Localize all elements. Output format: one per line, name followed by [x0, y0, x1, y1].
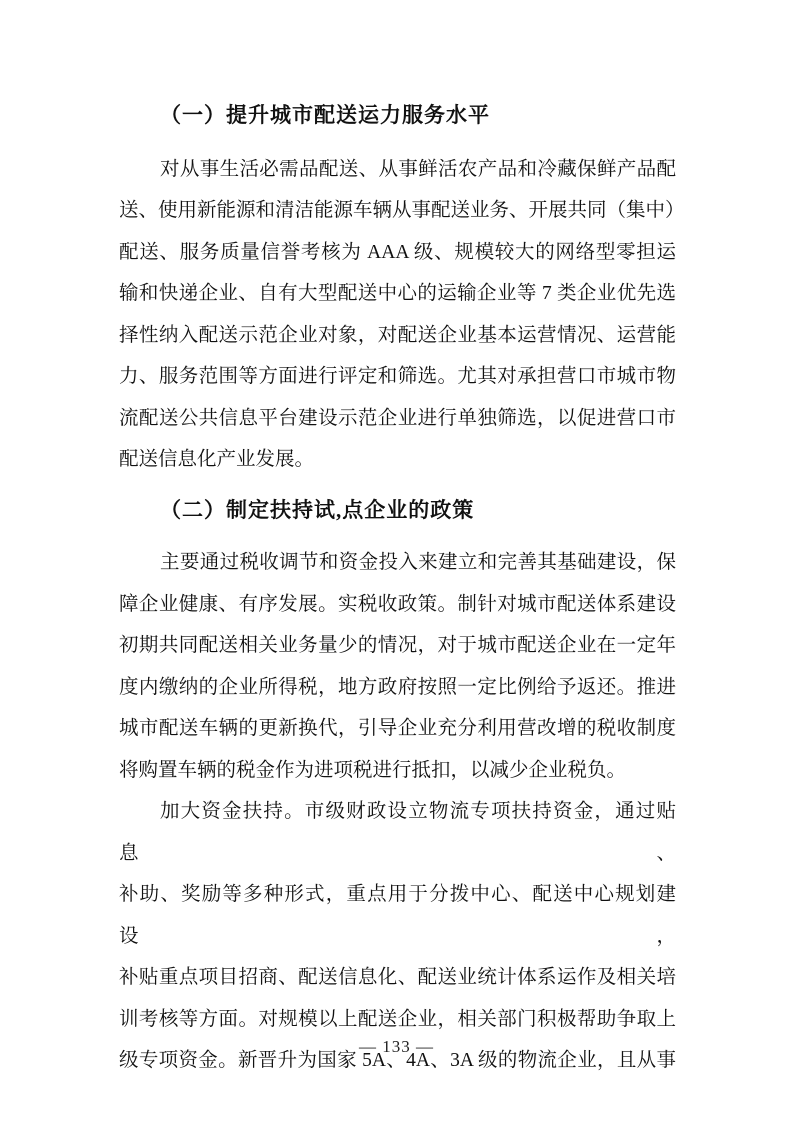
text-line: 送、使用新能源和清洁能源车辆从事配送业务、开展共同（集中） — [119, 190, 676, 232]
page-content: （一）提升城市配送运力服务水平 对从事生活必需品配送、从事鲜活农产品和冷藏保鲜产… — [119, 95, 676, 1082]
text-line: 力、服务范围等方面进行评定和筛选。尤其对承担营口市城市物 — [119, 356, 676, 398]
text-line: 补贴重点项目招商、配送信息化、配送业统计体系运作及相关培 — [119, 957, 676, 999]
text-line: 将购置车辆的税金作为进项税进行抵扣，以减少企业税负。 — [119, 750, 676, 792]
text-line: 加大资金扶持。市级财政设立物流专项扶持资金，通过贴息、 — [119, 791, 676, 874]
text-line: 对从事生活必需品配送、从事鲜活农产品和冷藏保鲜产品配 — [119, 149, 676, 191]
text-line: 配送、服务质量信誉考核为 AAA 级、规模较大的网络型零担运 — [119, 232, 676, 274]
text-line: 输和快递企业、自有大型配送中心的运输企业等 7 类企业优先选 — [119, 273, 676, 315]
text-line: 择性纳入配送示范企业对象，对配送企业基本运营情况、运营能 — [119, 315, 676, 357]
text-line: 训考核等方面。对规模以上配送企业，相关部门积极帮助争取上 — [119, 999, 676, 1041]
text-line: 流配送公共信息平台建设示范企业进行单独筛选，以促进营口市 — [119, 398, 676, 440]
text-line: 度内缴纳的企业所得税，地方政府按照一定比例给予返还。推进 — [119, 667, 676, 709]
page-footer: — 133 — — [0, 1036, 793, 1058]
text-line: 补助、奖励等多种形式，重点用于分拨中心、配送中心规划建设， — [119, 874, 676, 957]
section-1-paragraph-1: 对从事生活必需品配送、从事鲜活农产品和冷藏保鲜产品配送、使用新能源和清洁能源车辆… — [119, 149, 676, 481]
text-line: 配送信息化产业发展。 — [119, 439, 676, 481]
document-page: （一）提升城市配送运力服务水平 对从事生活必需品配送、从事鲜活农产品和冷藏保鲜产… — [0, 0, 793, 1122]
section-2-heading: （二）制定扶持试,点企业的政策 — [119, 490, 676, 532]
page-number: — 133 — — [359, 1037, 434, 1056]
section-1-heading: （一）提升城市配送运力服务水平 — [119, 95, 676, 137]
text-line: 城市配送车辆的更新换代，引导企业充分利用营改增的税收制度 — [119, 708, 676, 750]
text-line: 主要通过税收调节和资金投入来建立和完善其基础建设，保 — [119, 542, 676, 584]
text-line: 初期共同配送相关业务量少的情况，对于城市配送企业在一定年 — [119, 625, 676, 667]
section-2-paragraph-1: 主要通过税收调节和资金投入来建立和完善其基础建设，保障企业健康、有序发展。实税收… — [119, 542, 676, 791]
text-line: 障企业健康、有序发展。实税收政策。制针对城市配送体系建设 — [119, 584, 676, 626]
